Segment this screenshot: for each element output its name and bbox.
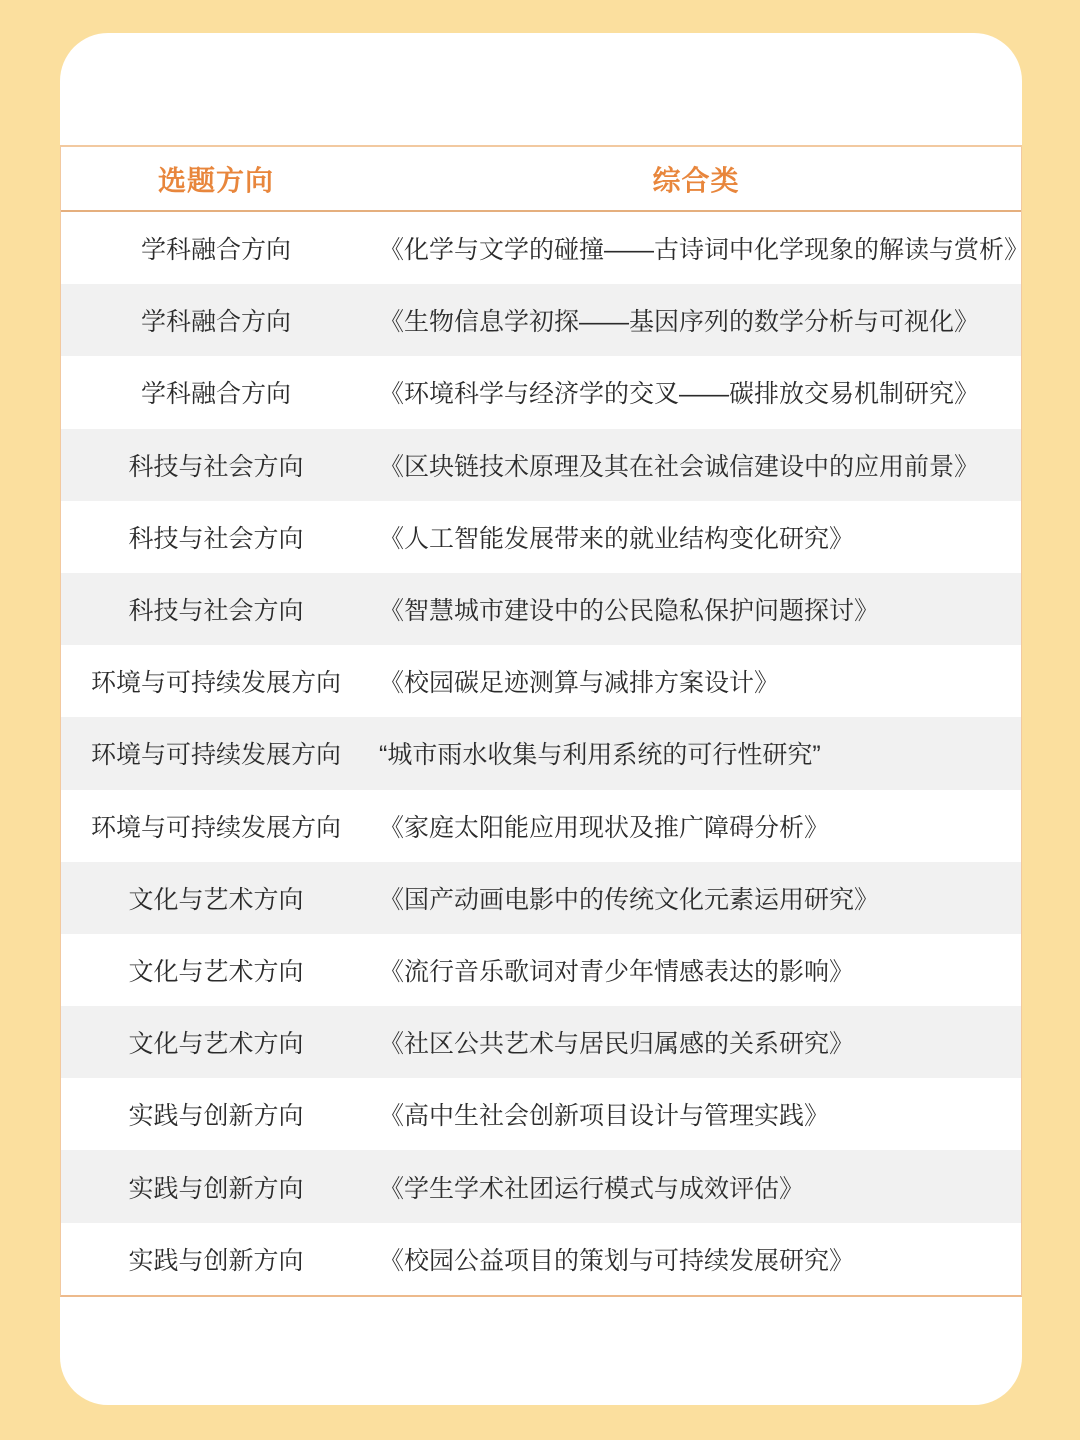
- direction-cell: 实践与创新方向: [61, 1223, 371, 1295]
- title-cell: 《区块链技术原理及其在社会诚信建设中的应用前景》: [371, 429, 1021, 501]
- title-cell: “城市雨水收集与利用系统的可行性研究”: [371, 717, 1021, 789]
- direction-cell: 科技与社会方向: [61, 501, 371, 573]
- direction-cell: 学科融合方向: [61, 284, 371, 356]
- title-cell: 《家庭太阳能应用现状及推广障碍分析》: [371, 790, 1021, 862]
- table-row: 文化与艺术方向《国产动画电影中的传统文化元素运用研究》: [61, 862, 1021, 934]
- direction-cell: 科技与社会方向: [61, 573, 371, 645]
- table-row: 环境与可持续发展方向《校园碳足迹测算与减排方案设计》: [61, 645, 1021, 717]
- direction-cell: 科技与社会方向: [61, 429, 371, 501]
- page-background: { "page": { "background_color": "#FBDF9E…: [0, 0, 1080, 1440]
- title-cell: 《智慧城市建设中的公民隐私保护问题探讨》: [371, 573, 1021, 645]
- title-cell: 《人工智能发展带来的就业结构变化研究》: [371, 501, 1021, 573]
- title-cell: 《社区公共艺术与居民归属感的关系研究》: [371, 1006, 1021, 1078]
- title-cell: 《生物信息学初探——基因序列的数学分析与可视化》: [371, 284, 1021, 356]
- title-cell: 《学生学术社团运行模式与成效评估》: [371, 1150, 1021, 1222]
- table-row: 科技与社会方向《智慧城市建设中的公民隐私保护问题探讨》: [61, 573, 1021, 645]
- table-row: 实践与创新方向《校园公益项目的策划与可持续发展研究》: [61, 1223, 1021, 1295]
- table-row: 文化与艺术方向《社区公共艺术与居民归属感的关系研究》: [61, 1006, 1021, 1078]
- title-cell: 《化学与文学的碰撞——古诗词中化学现象的解读与赏析》: [371, 212, 1021, 284]
- table-row: 环境与可持续发展方向“城市雨水收集与利用系统的可行性研究”: [61, 717, 1021, 789]
- table-header-row: 选题方向 综合类: [61, 147, 1021, 212]
- direction-cell: 文化与艺术方向: [61, 862, 371, 934]
- title-cell: 《流行音乐歌词对青少年情感表达的影响》: [371, 934, 1021, 1006]
- title-cell: 《环境科学与经济学的交叉——碳排放交易机制研究》: [371, 356, 1021, 428]
- table-row: 学科融合方向《环境科学与经济学的交叉——碳排放交易机制研究》: [61, 356, 1021, 428]
- content-card: 选题方向 综合类 学科融合方向《化学与文学的碰撞——古诗词中化学现象的解读与赏析…: [60, 33, 1022, 1405]
- direction-cell: 环境与可持续发展方向: [61, 645, 371, 717]
- table-row: 学科融合方向《化学与文学的碰撞——古诗词中化学现象的解读与赏析》: [61, 212, 1021, 284]
- topics-table: 选题方向 综合类 学科融合方向《化学与文学的碰撞——古诗词中化学现象的解读与赏析…: [60, 145, 1022, 1297]
- title-cell: 《国产动画电影中的传统文化元素运用研究》: [371, 862, 1021, 934]
- table-row: 文化与艺术方向《流行音乐歌词对青少年情感表达的影响》: [61, 934, 1021, 1006]
- table-row: 科技与社会方向《人工智能发展带来的就业结构变化研究》: [61, 501, 1021, 573]
- direction-cell: 学科融合方向: [61, 356, 371, 428]
- direction-cell: 实践与创新方向: [61, 1150, 371, 1222]
- column-header-direction: 选题方向: [61, 147, 371, 210]
- direction-cell: 学科融合方向: [61, 212, 371, 284]
- table-body: 学科融合方向《化学与文学的碰撞——古诗词中化学现象的解读与赏析》学科融合方向《生…: [61, 212, 1021, 1295]
- title-cell: 《高中生社会创新项目设计与管理实践》: [371, 1078, 1021, 1150]
- table-row: 环境与可持续发展方向《家庭太阳能应用现状及推广障碍分析》: [61, 790, 1021, 862]
- table-row: 科技与社会方向《区块链技术原理及其在社会诚信建设中的应用前景》: [61, 429, 1021, 501]
- title-cell: 《校园公益项目的策划与可持续发展研究》: [371, 1223, 1021, 1295]
- column-header-category: 综合类: [371, 147, 1021, 210]
- table-row: 学科融合方向《生物信息学初探——基因序列的数学分析与可视化》: [61, 284, 1021, 356]
- table-row: 实践与创新方向《高中生社会创新项目设计与管理实践》: [61, 1078, 1021, 1150]
- table-row: 实践与创新方向《学生学术社团运行模式与成效评估》: [61, 1150, 1021, 1222]
- direction-cell: 环境与可持续发展方向: [61, 717, 371, 789]
- direction-cell: 文化与艺术方向: [61, 934, 371, 1006]
- direction-cell: 实践与创新方向: [61, 1078, 371, 1150]
- direction-cell: 文化与艺术方向: [61, 1006, 371, 1078]
- title-cell: 《校园碳足迹测算与减排方案设计》: [371, 645, 1021, 717]
- direction-cell: 环境与可持续发展方向: [61, 790, 371, 862]
